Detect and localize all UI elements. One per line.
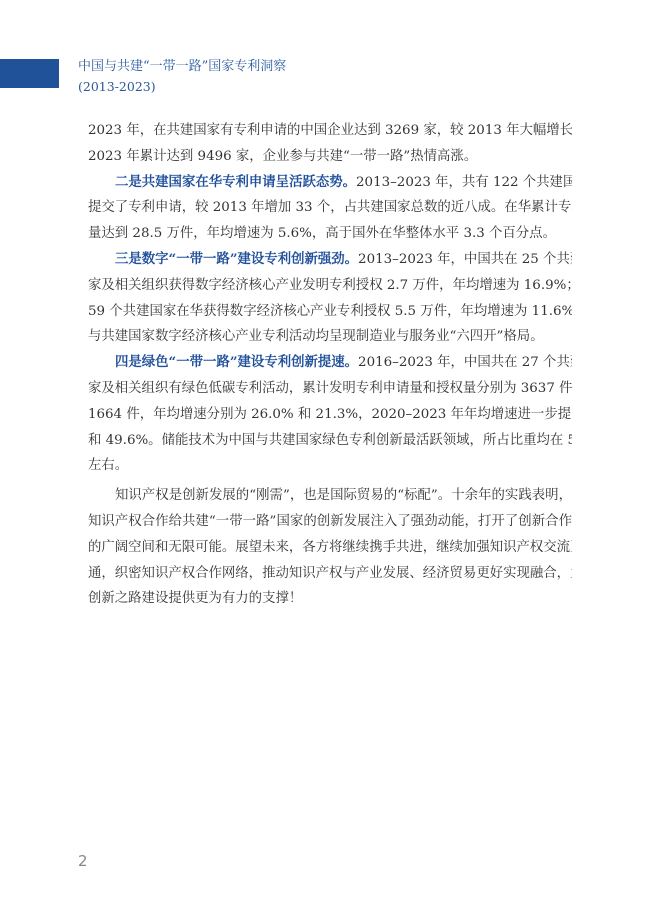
paragraph-heading: 四是绿色“一带一路”建设专利创新提速。 [115, 354, 358, 370]
text-line: 左右。 [88, 453, 572, 479]
text-line: 1664 件，年均增速分别为 26.0% 和 21.3%，2020–2023 年… [88, 402, 572, 428]
paragraph-continuation: 2023 年，在共建国家有专利申请的中国企业达到 3269 家，较 2013 年… [88, 118, 572, 170]
text-line: 知识产权合作给共建“一带一路”国家的创新发展注入了强劲动能，打开了创新合作 [88, 509, 572, 535]
text-line: 的广阔空间和无限可能。展望未来，各方将继续携手共进，继续加强知识产权交流互 [88, 535, 572, 561]
header-accent-bar [0, 59, 59, 88]
text-line: 2023 年累计达到 9496 家，企业参与共建“一带一路”热情高涨。 [88, 144, 572, 170]
text-span: 2013–2023 年，共有 122 个共建国家在华 [356, 175, 572, 190]
text-line: 和 49.6%。储能技术为中国与共建国家绿色专利创新最活跃领域，所占比重均在 5… [88, 428, 572, 454]
text-line: 通，织密知识产权合作网络，推动知识产权与产业发展、经济贸易更好实现融合，为 [88, 561, 572, 587]
paragraph-heading: 三是数字“一带一路”建设专利创新强劲。 [115, 251, 358, 267]
text-span: 2016–2023 年，中国共在 27 个共建国 [358, 355, 572, 370]
running-header-subtitle: (2013-2023) [78, 78, 156, 95]
body-text: 2023 年，在共建国家有专利申请的中国企业达到 3269 家，较 2013 年… [88, 118, 572, 612]
text-line: 二是共建国家在华专利申请呈活跃态势。2013–2023 年，共有 122 个共建… [88, 170, 572, 196]
page-number: 2 [78, 852, 88, 870]
text-line: 家及相关组织获得数字经济核心产业发明专利授权 2.7 万件，年均增速为 16.9… [88, 273, 572, 299]
paragraph-green-belt-and-road: 四是绿色“一带一路”建设专利创新提速。2016–2023 年，中国共在 27 个… [88, 350, 572, 479]
text-line: 与共建国家数字经济核心产业专利活动均呈现制造业与服务业“六四开”格局。 [88, 324, 572, 350]
text-line: 量达到 28.5 万件，年均增速为 5.6%，高于国外在华整体水平 3.3 个百… [88, 221, 572, 247]
text-line: 家及相关组织有绿色低碳专利活动，累计发明专利申请量和授权量分别为 3637 件和 [88, 376, 572, 402]
text-line: 59 个共建国家在华获得数字经济核心产业专利授权 5.5 万件，年均增速为 11… [88, 299, 572, 325]
text-line: 提交了专利申请，较 2013 年增加 33 个，占共建国家总数的近八成。在华累计… [88, 195, 572, 221]
paragraph-foreign-filings-in-china: 二是共建国家在华专利申请呈活跃态势。2013–2023 年，共有 122 个共建… [88, 170, 572, 247]
text-line: 四是绿色“一带一路”建设专利创新提速。2016–2023 年，中国共在 27 个… [88, 350, 572, 376]
running-header-title: 中国与共建“一带一路”国家专利洞察 [78, 58, 286, 76]
text-line: 知识产权是创新发展的“刚需”，也是国际贸易的“标配”。十余年的实践表明， [88, 483, 572, 509]
text-span: 2013–2023 年，中国共在 25 个共建国 [358, 252, 572, 267]
paragraph-conclusion: 知识产权是创新发展的“刚需”，也是国际贸易的“标配”。十余年的实践表明， 知识产… [88, 483, 572, 612]
text-line: 创新之路建设提供更为有力的支撑！ [88, 586, 572, 612]
paragraph-digital-belt-and-road: 三是数字“一带一路”建设专利创新强劲。2013–2023 年，中国共在 25 个… [88, 247, 572, 350]
text-line: 三是数字“一带一路”建设专利创新强劲。2013–2023 年，中国共在 25 个… [88, 247, 572, 273]
text-line: 2023 年，在共建国家有专利申请的中国企业达到 3269 家，较 2013 年… [88, 118, 572, 144]
paragraph-heading: 二是共建国家在华专利申请呈活跃态势。 [115, 174, 356, 190]
